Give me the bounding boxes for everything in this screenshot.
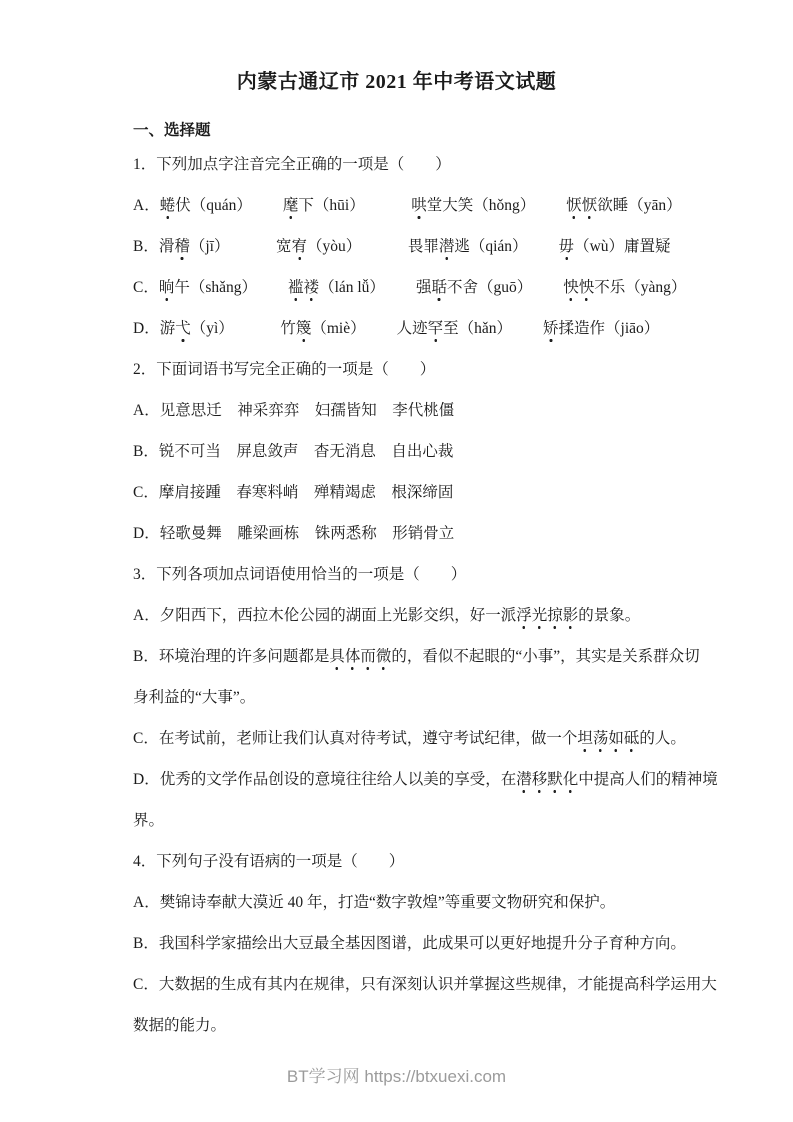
emphasized-text: 罕 (428, 319, 444, 343)
emphasized-text: 矫 (543, 319, 559, 343)
text-run: 的，看似不起眼的“小事”，其实是关系群众切 (391, 647, 699, 667)
emphasized-text: 弋 (175, 319, 191, 343)
emphasized-text: 具体而微 (329, 647, 391, 671)
question-text-line: 2．下面词语书写完全正确的一项是（ ） (133, 360, 678, 401)
question-text-line: A．夕阳西下，西拉木伦公园的湖面上光影交织，好一派浮光掠影的景象。 (133, 606, 678, 647)
text-run: B．环境治理的许多问题都是 (133, 647, 329, 667)
text-run (257, 278, 288, 298)
text-run: 下（hūi） (298, 196, 364, 216)
text-run: C．大数据的生成有其内在规律，只有深刻认识并掌握这些规律，才能提高科学运用大 (133, 975, 717, 995)
emphasized-text: 蜷 (160, 196, 176, 220)
emphasized-text: 宥 (292, 237, 308, 261)
text-run: B．我国科学家描绘出大豆最全基因图谱，此成果可以更好地提升分子育种方向。 (133, 934, 686, 954)
text-run: A． (133, 196, 160, 216)
text-run (234, 319, 281, 339)
question-text-line: B．锐不可当 屏息敛声 杳无消息 自出心裁 (133, 442, 678, 483)
text-run: 身利益的“大事”。 (133, 688, 255, 708)
text-run: A．夕阳西下，西拉木伦公园的湖面上光影交织，好一派 (133, 606, 516, 626)
text-run (512, 319, 543, 339)
question-text-line: 数据的能力。 (133, 1016, 678, 1057)
text-run: 至（hǎn） (443, 319, 512, 339)
question-text-line: B．我国科学家描绘出大豆最全基因图谱，此成果可以更好地提升分子育种方向。 (133, 934, 678, 975)
text-run (366, 319, 397, 339)
emphasized-text: 褴褛 (288, 278, 319, 302)
emphasized-text: 坦荡如砥 (577, 729, 639, 753)
text-run: 中提高人们的精神境 (578, 770, 718, 790)
question-text-line: D．优秀的文学作品创设的意境往往给人以美的享受，在潜移默化中提高人们的精神境 (133, 770, 678, 811)
emphasized-text: 潜移默化 (516, 770, 578, 794)
text-run: 的景象。 (578, 606, 640, 626)
text-run: 2．下面词语书写完全正确的一项是（ ） (133, 360, 435, 380)
question-text-line: 身利益的“大事”。 (133, 688, 678, 729)
question-text-line: C．晌午（shǎng） 褴褛（lán lǚ） 强聒不舍（guō） 怏怏不乐（yà… (133, 278, 678, 319)
text-run: C．摩肩接踵 春寒料峭 殚精竭虑 根深缔固 (133, 483, 453, 503)
emphasized-text: 恹恹 (566, 196, 597, 220)
text-run: 畏罪 (408, 237, 439, 257)
text-run: 数据的能力。 (133, 1016, 226, 1036)
text-run: 午（shǎng） (174, 278, 257, 298)
question-text-line: B．滑稽（jī） 宽宥（yòu） 畏罪潜逃（qián） 毋（wù）庸置疑 (133, 237, 678, 278)
question-text-line: D．游弋（yì） 竹篾（miè） 人迹罕至（hǎn） 矫揉造作（jiāo） (133, 319, 678, 360)
text-run: 宽 (276, 237, 292, 257)
text-run: 4．下列句子没有语病的一项是（ ） (133, 852, 404, 872)
text-run: 逃（qián） (454, 237, 527, 257)
question-text-line: A．见意思迁 神采弈弈 妇孺皆知 李代桃僵 (133, 401, 678, 442)
text-run (361, 237, 408, 257)
text-run: 堂大笑（hǒng） (427, 196, 536, 216)
emphasized-text: 浮光掠影 (516, 606, 578, 630)
emphasized-text: 毋 (559, 237, 575, 261)
question-text-line: C．摩肩接踵 春寒料峭 殚精竭虑 根深缔固 (133, 483, 678, 524)
text-run: 欲睡（yān） (597, 196, 681, 216)
text-run: C．在考试前，老师让我们认真对待考试，遵守考试纪律，做一个 (133, 729, 577, 749)
question-text-line: 4．下列句子没有语病的一项是（ ） (133, 852, 678, 893)
text-run: （wù）庸置疑 (574, 237, 670, 257)
question-text-line: 1．下列加点字注音完全正确的一项是（ ） (133, 155, 678, 196)
text-run: 1．下列加点字注音完全正确的一项是（ ） (133, 155, 451, 175)
question-text-line: B．环境治理的许多问题都是具体而微的，看似不起眼的“小事”，其实是关系群众切 (133, 647, 678, 688)
text-run (252, 196, 283, 216)
text-run: 人迹 (397, 319, 428, 339)
document-body: 一、选择题 1．下列加点字注音完全正确的一项是（ ）A．蜷伏（quán） 麾下（… (133, 118, 678, 1057)
watermark-site-name: BT学习网 (287, 1067, 360, 1086)
text-run (365, 196, 412, 216)
emphasized-text: 聒 (431, 278, 447, 302)
text-run: （jī） (190, 237, 230, 257)
question-text-line: 3．下列各项加点词语使用恰当的一项是（ ） (133, 565, 678, 606)
text-run: D．轻歌曼舞 雕梁画栋 铢两悉称 形销骨立 (133, 524, 454, 544)
text-run (535, 196, 566, 216)
text-run: 3．下列各项加点词语使用恰当的一项是（ ） (133, 565, 466, 585)
text-run: （miè） (311, 319, 365, 339)
emphasized-text: 怏怏 (563, 278, 594, 302)
question-text-line: C．大数据的生成有其内在规律，只有深刻认识并掌握这些规律，才能提高科学运用大 (133, 975, 678, 1016)
watermark-footer: BT学习网 https://btxuexi.com (0, 1062, 793, 1087)
emphasized-text: 篾 (296, 319, 312, 343)
emphasized-text: 潜 (439, 237, 455, 261)
emphasized-text: 哄 (411, 196, 427, 220)
text-run: D．优秀的文学作品创设的意境往往给人以美的享受，在 (133, 770, 516, 790)
question-text-line: D．轻歌曼舞 雕梁画栋 铢两悉称 形销骨立 (133, 524, 678, 565)
question-list: 1．下列加点字注音完全正确的一项是（ ）A．蜷伏（quán） 麾下（hūi） 哄… (133, 155, 678, 1057)
text-run: C． (133, 278, 159, 298)
text-run (532, 278, 563, 298)
text-run: A．见意思迁 神采弈弈 妇孺皆知 李代桃僵 (133, 401, 454, 421)
watermark-url: https://btxuexi.com (364, 1067, 506, 1086)
text-run: （yòu） (307, 237, 361, 257)
text-run (385, 278, 416, 298)
emphasized-text: 稽 (174, 237, 190, 261)
section-heading: 一、选择题 (133, 118, 678, 155)
exam-document-page: 内蒙古通辽市 2021 年中考语文试题 一、选择题 1．下列加点字注音完全正确的… (0, 0, 793, 1122)
text-run: B．滑 (133, 237, 174, 257)
text-run: A．樊锦诗奉献大漠近 40 年，打造“数字敦煌”等重要文物研究和保护。 (133, 893, 615, 913)
text-run: B．锐不可当 屏息敛声 杳无消息 自出心裁 (133, 442, 453, 462)
text-run: 竹 (280, 319, 296, 339)
question-text-line: A．樊锦诗奉献大漠近 40 年，打造“数字敦煌”等重要文物研究和保护。 (133, 893, 678, 934)
text-run: （yì） (191, 319, 234, 339)
question-text-line: 界。 (133, 811, 678, 852)
text-run: （lán lǚ） (319, 278, 385, 298)
text-run (528, 237, 559, 257)
text-run: 的人。 (639, 729, 686, 749)
page-title: 内蒙古通辽市 2021 年中考语文试题 (0, 70, 793, 94)
text-run: D．游 (133, 319, 175, 339)
emphasized-text: 晌 (159, 278, 175, 302)
text-run: 不乐（yàng） (594, 278, 686, 298)
question-text-line: C．在考试前，老师让我们认真对待考试，遵守考试纪律，做一个坦荡如砥的人。 (133, 729, 678, 770)
question-text-line: A．蜷伏（quán） 麾下（hūi） 哄堂大笑（hǒng） 恹恹欲睡（yān） (133, 196, 678, 237)
emphasized-text: 麾 (283, 196, 299, 220)
text-run: 揉造作（jiāo） (559, 319, 660, 339)
text-run: 伏（quán） (175, 196, 252, 216)
text-run: 强 (416, 278, 432, 298)
text-run: 不舍（guō） (447, 278, 532, 298)
text-run: 界。 (133, 811, 164, 831)
text-run (229, 237, 276, 257)
